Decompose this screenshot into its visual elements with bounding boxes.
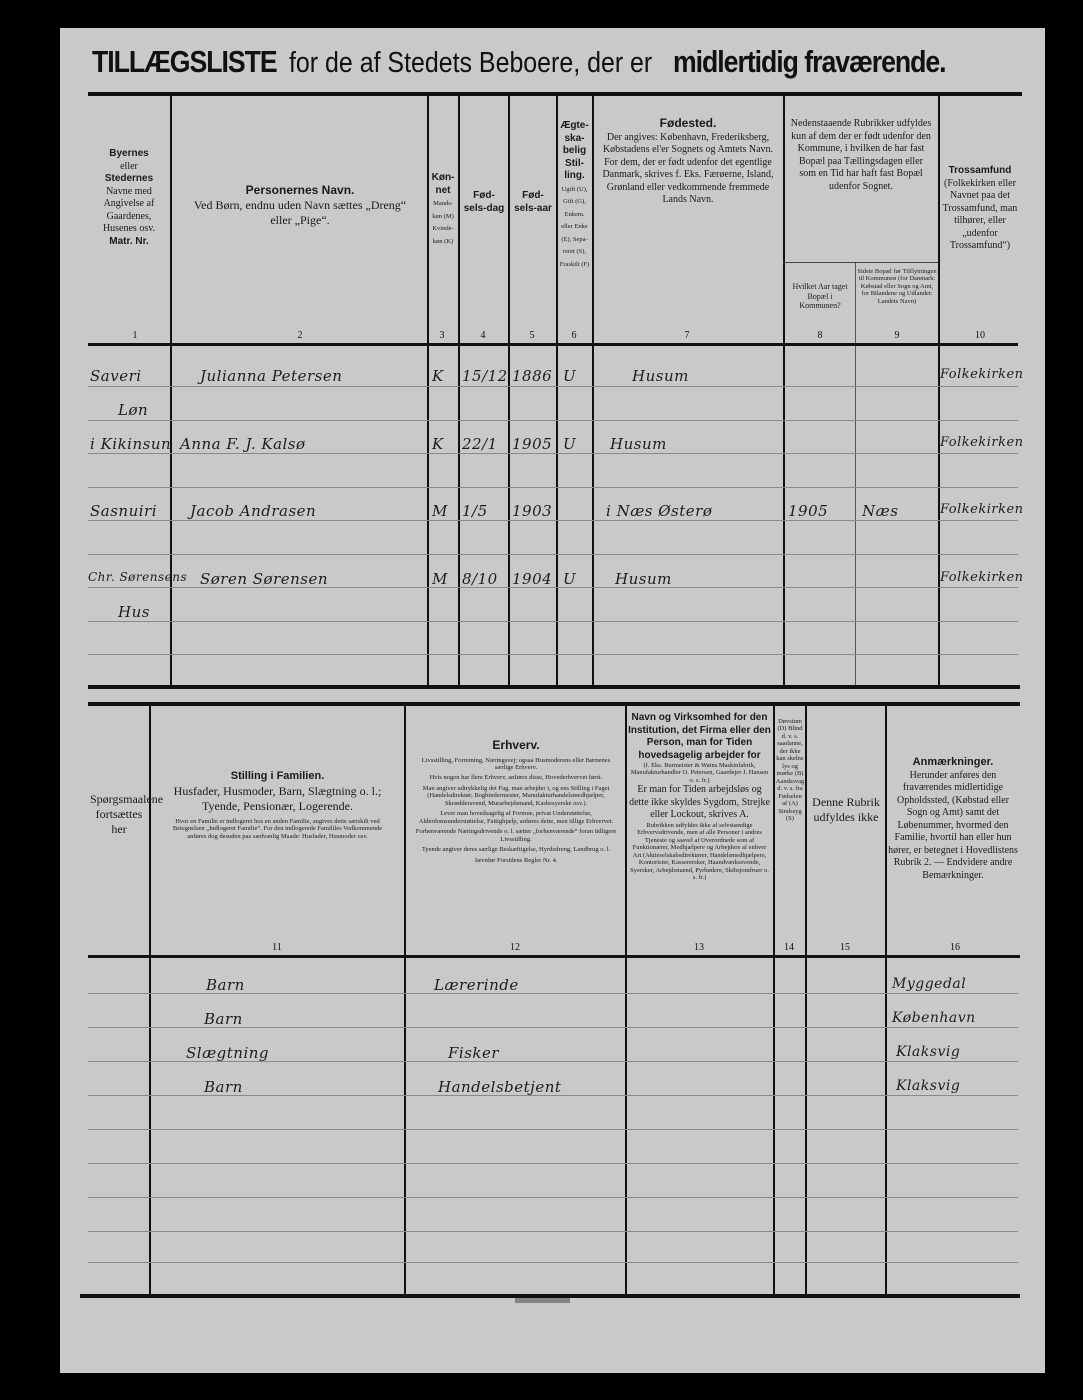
header-bottom-rule [88,343,1018,346]
cell-sex: K [432,367,444,385]
header-col-6: Ægte-ska-belig Stil-ling. Ugift (U), Gif… [558,120,591,270]
col-number: 6 [559,330,589,341]
cell-place: Løn [118,401,148,419]
cell-place: Saveri [90,367,142,385]
ruled-line [88,554,1018,555]
cell-family-position: Barn [206,976,245,994]
ruled-line [88,487,1018,488]
ruled-line [88,654,1018,655]
ruled-line [88,520,1018,521]
cell-birthday: 8/10 [462,570,498,588]
title-strong-right: midlertidig fraværende. [673,44,946,80]
cell-marital: U [563,367,576,385]
cell-sex: K [432,435,444,453]
col-number: 11 [262,942,292,953]
cell-birthday: 22/1 [462,435,498,453]
ruled-line [88,1129,1018,1130]
header-col-16: Anmærkninger. Herunder anføres den fravæ… [888,756,1018,882]
divider [885,704,887,1296]
cell-sex: M [432,502,448,520]
header-col-12: Erhverv. Livsstilling, Forretning, Nærin… [412,738,620,864]
cell-religion: Folkekirken [940,435,1024,450]
cell-family-position: Barn [204,1078,243,1096]
cell-birthyear: 1905 [512,435,552,453]
ruled-line [88,1231,1018,1232]
header-col-10: Trossamfund (Folkekirken eller Navnet pa… [941,165,1019,253]
divider [625,704,627,1296]
header-col-15: Denne Rubrik udfyldes ikke [808,795,884,825]
cell-birthplace: Husum [615,570,672,588]
ruled-line [88,453,1018,454]
cell-marital: U [563,435,576,453]
header-col-7: Fødested. Der angives: København, Freder… [600,116,776,207]
header-col-3: Køn-net Mands-køn (M) Kvinde-køn (K) [429,172,457,247]
cell-birthplace: i Næs Østerø [606,502,712,520]
printer-imprint [515,1298,570,1303]
header-col-14: Døvstum (D) Blind d. v. s. saadanne, der… [775,718,805,823]
header-col-9: Sidste Bopæl før Tilflytningen til Kommu… [857,268,937,305]
divider [592,94,594,686]
cell-religion: Folkekirken [940,570,1024,585]
cell-place: Hus [118,603,150,621]
cell-religion: Folkekirken [940,502,1024,517]
header-col-13: Navn og Virksomhed for den Institution, … [628,712,771,882]
ruled-line [88,1163,1018,1164]
cell-remarks: Myggedal [892,976,966,992]
cell-occupation: Handelsbetjent [438,1078,561,1096]
ruled-line [88,1197,1018,1198]
title-middle: for de af Stedets Beboere, der er [289,47,652,80]
col-number: 14 [774,942,804,953]
cell-birthyear: 1886 [512,367,552,385]
cell-remarks: Klaksvig [896,1078,960,1094]
col-number: 10 [965,330,995,341]
title-rule [88,92,1022,96]
cell-birthplace: Husum [632,367,689,385]
cell-birthyear: 1904 [512,570,552,588]
cell-place: Chr. Sørensens [88,570,187,584]
col-number: 3 [427,330,457,341]
ruled-line [88,420,1018,421]
ruled-line [88,1262,1018,1263]
cell-birthday: 15/12 [462,367,508,385]
cell-name: Søren Sørensen [200,570,328,588]
col-number: 12 [500,942,530,953]
divider [404,704,406,1296]
divider [805,704,807,1296]
cell-name: Anna F. J. Kalsø [180,435,306,453]
col-number: 9 [882,330,912,341]
cell-religion: Folkekirken [940,367,1024,382]
cell-remarks: Klaksvig [896,1044,960,1060]
col-number: 1 [120,330,150,341]
divider [508,94,510,686]
cell-sex: M [432,570,448,588]
col-number: 8 [805,330,835,341]
divider [458,94,460,686]
cell-marital: U [563,570,576,588]
ruled-line [88,386,1018,387]
header-col-11: Stilling i Familien. Husfader, Husmoder,… [170,768,385,840]
cell-birthyear: 1903 [512,502,552,520]
header-bottom-rule [88,955,1020,958]
cell-name: Julianna Petersen [200,367,342,385]
col-number: 16 [940,942,970,953]
divider [855,262,856,686]
col-number: 7 [672,330,702,341]
header-col-5: Fød-sels-aar [511,190,555,215]
header-col-8: Hvilket Aar taget Bopæl i Kommunen? [786,282,854,311]
col-number: 4 [468,330,498,341]
col-number: 2 [285,330,315,341]
cell-last-residence: Næs [862,502,898,520]
col-number: 13 [684,942,714,953]
cell-family-position: Slægtning [186,1044,269,1062]
header-col-4: Fød-sels-dag [462,190,506,215]
cell-remarks: København [892,1010,976,1026]
cell-family-position: Barn [204,1010,243,1028]
col-number: 5 [517,330,547,341]
census-form-sheet [60,28,1045,1373]
ruled-line [88,621,1018,622]
header-col-8-9-group: Nedenstaaende Rubrikker udfyldes kun af … [790,118,932,193]
title-strong-left: TILLÆGSLISTE [92,44,277,80]
cell-place: i Kikinsun [90,435,171,453]
header-continued: Spørgsmaalene fortsættes her [90,792,148,837]
section-rule [88,702,1020,706]
form-title: TILLÆGSLISTE for de af Stedets Beboere, … [92,44,1037,90]
header-col-2: Personernes Navn. Ved Børn, endnu uden N… [185,183,415,228]
divider [938,94,940,686]
col-number: 15 [830,942,860,953]
cell-year-moved: 1905 [788,502,828,520]
cell-birthplace: Husum [610,435,667,453]
cell-name: Jacob Andrasen [190,502,316,520]
header-col-1: Byernes eller Stedernes Navne med Angive… [90,148,168,248]
divider [783,262,938,263]
cell-occupation: Fisker [448,1044,499,1062]
divider [783,94,785,686]
cell-birthday: 1/5 [462,502,488,520]
divider [170,94,172,686]
cell-place: Sasnuiri [90,502,157,520]
cell-occupation: Lærerinde [434,976,519,994]
section-rule [88,685,1020,689]
